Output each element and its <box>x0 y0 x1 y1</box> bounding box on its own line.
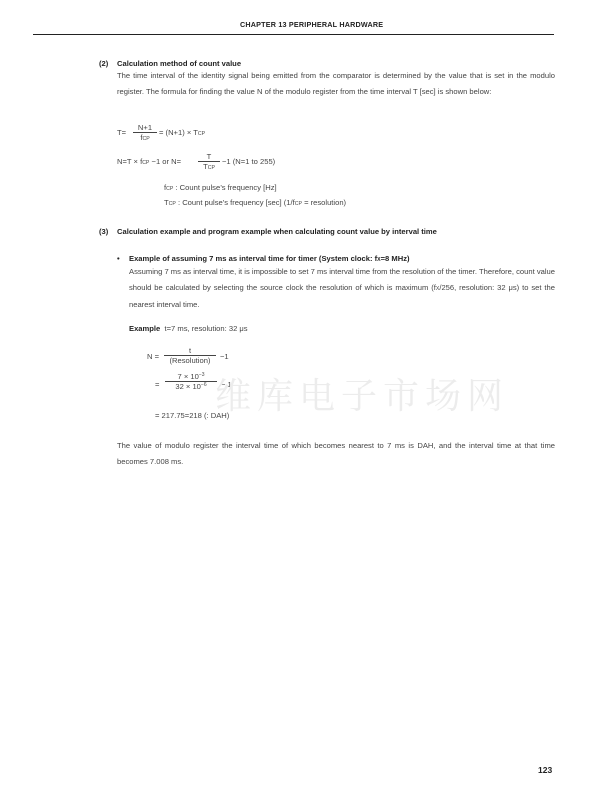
section-title: Calculation method of count value <box>117 59 241 68</box>
example-line: Example t=7 ms, resolution: 32 μs <box>129 324 248 333</box>
section-number: (3) <box>99 227 108 236</box>
calc-line-1-lhs: N = <box>147 352 159 361</box>
calc-line-2-lhs: = <box>155 380 159 389</box>
section-2-body: The time interval of the identity signal… <box>117 68 555 99</box>
section-title: Calculation example and program example … <box>117 227 437 236</box>
formula-1-fraction: N+1 fCP <box>133 123 157 142</box>
formula-1-rhs: = (N+1) × TCP <box>159 128 205 137</box>
definition-fcp: fCP : Count pulse’s frequency [Hz] <box>164 183 277 192</box>
chapter-title: CHAPTER 13 PERIPHERAL HARDWARE <box>240 20 383 29</box>
page-number: 123 <box>538 765 552 775</box>
bullet-icon: • <box>117 254 120 263</box>
calc-line-1-rhs: −1 <box>220 352 229 361</box>
calc-fraction-2: 7 × 10−3 32 × 10−6 <box>165 372 217 391</box>
calc-fraction-1: t (Resolution) <box>164 346 216 365</box>
formula-2-part1: N=T × fCP −1 or N= <box>117 157 181 166</box>
formula-2-rhs: −1 (N=1 to 255) <box>222 157 275 166</box>
watermark: 维库电子市场网 <box>215 368 509 419</box>
header-rule <box>33 34 554 35</box>
formula-2-fraction: T TCP <box>198 152 220 171</box>
definition-tcp: TCP : Count pulse’s frequency [sec] (1/f… <box>164 198 346 207</box>
example-label: Example <box>129 324 160 333</box>
conclusion-text: The value of modulo register the interva… <box>117 438 555 469</box>
bullet-body: Assuming 7 ms as interval time, it is im… <box>129 264 555 313</box>
formula-1-lhs: T= <box>117 128 126 137</box>
section-number: (2) <box>99 59 108 68</box>
bullet-title: Example of assuming 7 ms as interval tim… <box>129 254 410 263</box>
numerator: N+1 <box>133 123 157 132</box>
denominator: fCP <box>133 133 157 142</box>
